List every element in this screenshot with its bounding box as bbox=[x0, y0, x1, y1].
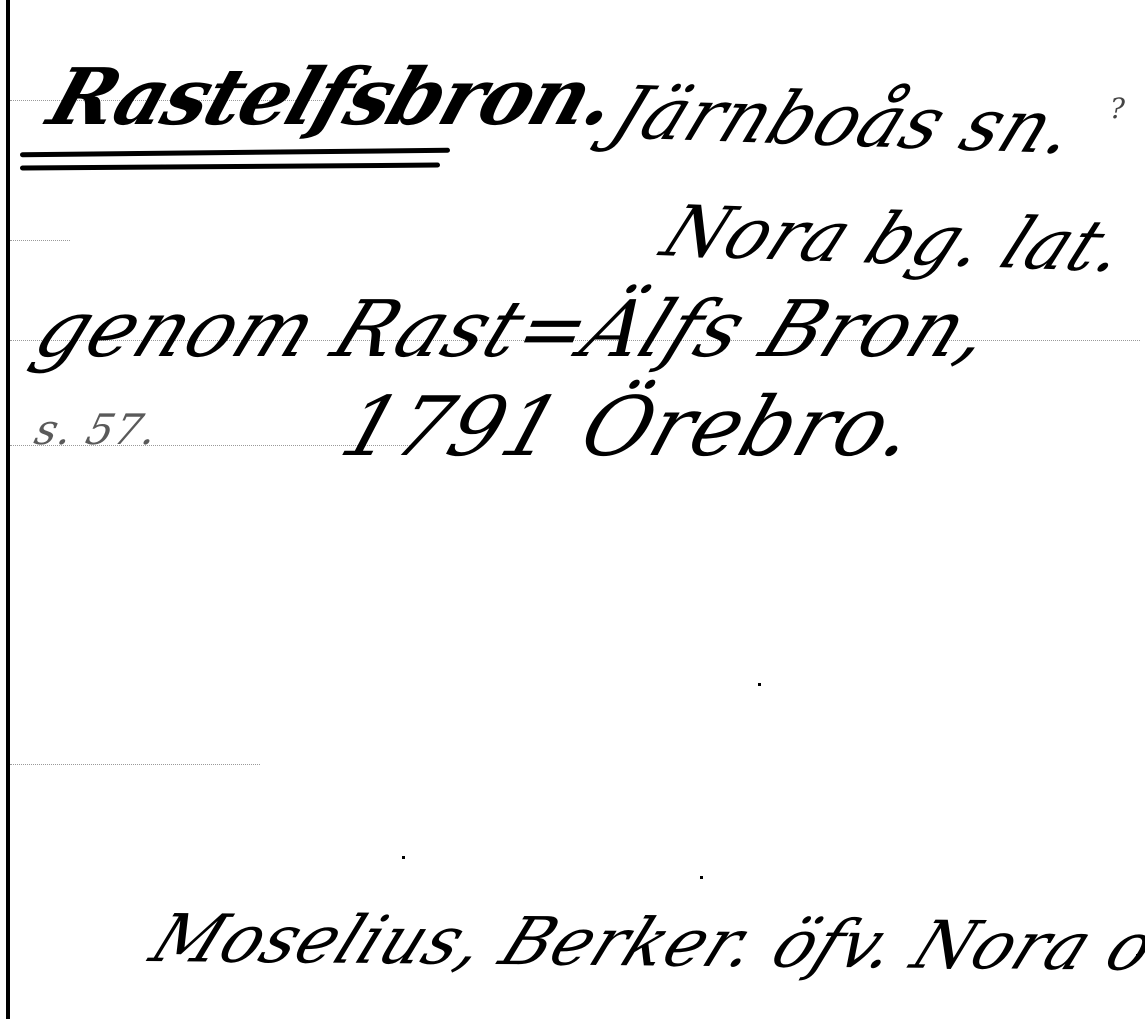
scan-speck bbox=[1136, 954, 1139, 957]
scan-speck bbox=[402, 856, 405, 859]
headword-underline bbox=[20, 148, 450, 158]
folio-note: s. 57. bbox=[30, 405, 163, 454]
entry-text-line: genom Rast=Älfs Bron, bbox=[22, 285, 1007, 375]
scan-speck bbox=[700, 876, 703, 879]
index-card: Rastelfsbron. Järnboås sn. ? Nora bg. la… bbox=[0, 0, 1145, 1019]
headword-underline-double bbox=[20, 163, 440, 171]
query-mark: ? bbox=[1110, 92, 1126, 125]
headword: Rastelfsbron. bbox=[38, 52, 627, 143]
left-margin-rule bbox=[6, 0, 10, 1019]
source-reference: Moselius, Berker. öfv. Nora o. Lindes bg… bbox=[140, 900, 1145, 989]
scan-speck bbox=[758, 683, 761, 686]
entry-date-place: 1791 Örebro. bbox=[330, 380, 928, 475]
ruled-line bbox=[10, 764, 260, 765]
parish-line: Järnboås sn. bbox=[600, 70, 1090, 170]
district-line: Nora bg. lat. bbox=[650, 190, 1142, 288]
ruled-line bbox=[10, 240, 70, 241]
